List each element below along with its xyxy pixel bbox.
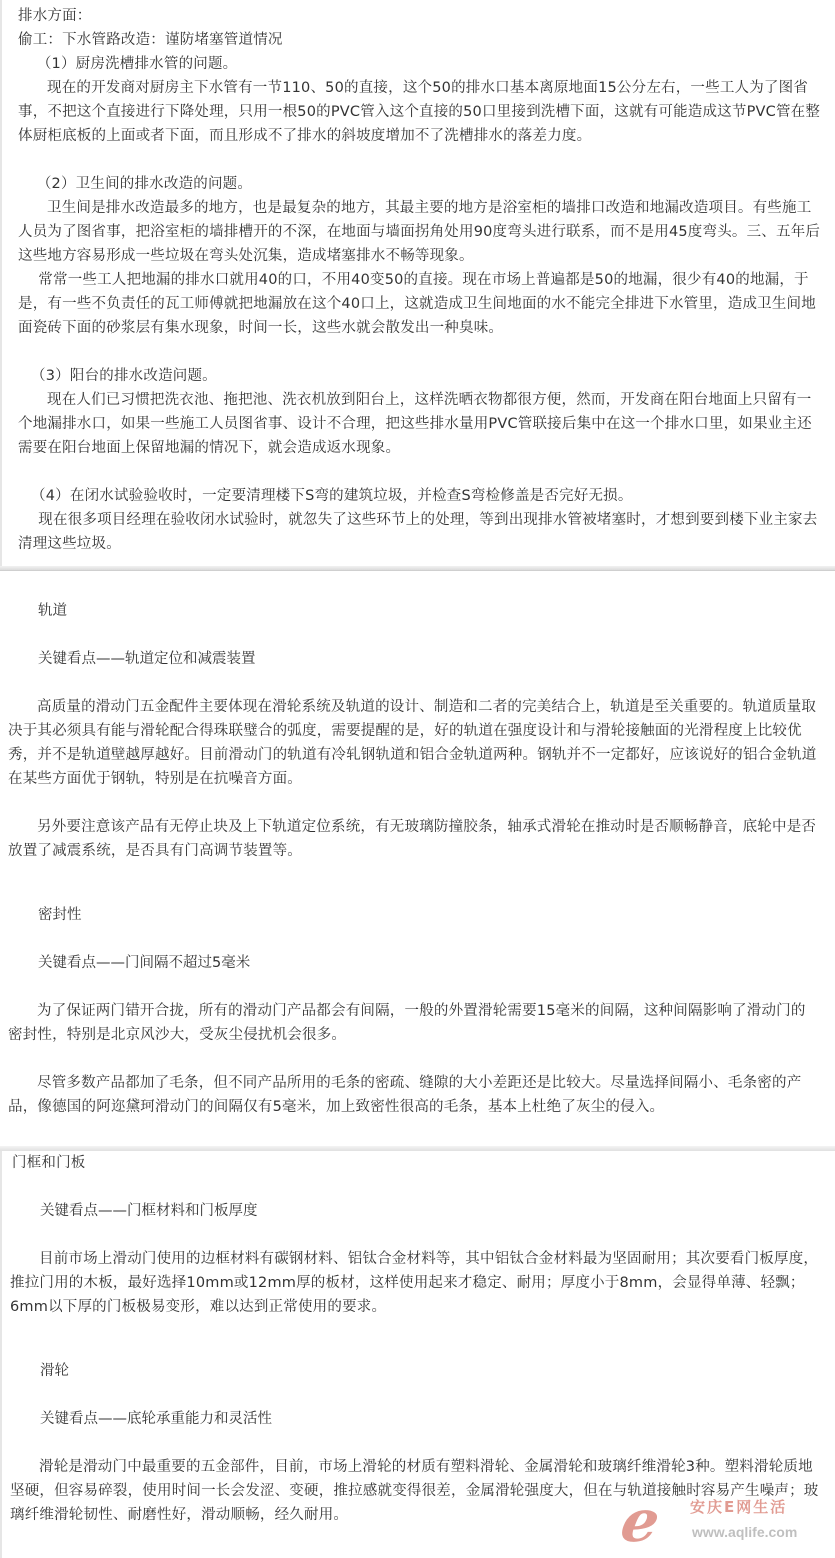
block-title-track: 轨道 [8, 599, 819, 623]
watermark-url: www.aqlife.com [692, 1524, 797, 1540]
item-heading-balcony: （3）阳台的排水改造问题。 [18, 364, 821, 388]
section-title: 排水方面： [18, 4, 821, 28]
paragraph: 另外要注意该产品有无停止块及上下轨道定位系统，有无玻璃防撞胶条，轴承式滑轮在推动… [8, 815, 819, 863]
drainage-section: 排水方面： 偷工：下水管路改造：谨防堵塞管道情况 （1）厨房洗槽排水管的问题。 … [0, 0, 835, 568]
paragraph: 目前市场上滑动门使用的边框材料有碳钢材料、铝钛合金材料等，其中铝钛合金材料最为坚… [10, 1247, 821, 1319]
paragraph: 现在人们已习惯把洗衣池、拖把池、洗衣机放到阳台上，这样洗晒衣物都很方便，然而，开… [18, 388, 821, 460]
watermark-site-name: 安庆E网生活 [690, 1496, 787, 1517]
key-point-seal: 关键看点——门间隔不超过5毫米 [8, 951, 819, 975]
site-watermark: e 安庆E网生活 www.aqlife.com [622, 1492, 827, 1550]
paragraph: 高质量的滑动门五金配件主要体现在滑轮系统及轨道的设计、制造和二者的完美结合上，轨… [8, 695, 819, 791]
paragraph: 为了保证两门错开合拢，所有的滑动门产品都会有间隔，一般的外置滑轮需要15毫米的间… [8, 999, 819, 1047]
watermark-logo-icon: e [617, 1492, 664, 1550]
section-title-frame: 门框和门板 [10, 1151, 821, 1175]
paragraph: 卫生间是排水改造最多的地方，也是最复杂的地方，其最主要的地方是浴室柜的墙排口改造… [18, 196, 821, 268]
paragraph: 现在很多项目经理在验收闭水试验时，就忽失了这些环节上的处理，等到出现排水管被堵塞… [18, 508, 821, 556]
block-title-seal: 密封性 [8, 903, 819, 927]
paragraph: 现在的开发商对厨房主下水管有一节110、50的直接，这个50的排水口基本离原地面… [18, 76, 821, 148]
item-heading-bathroom: （2）卫生间的排水改造的问题。 [18, 172, 821, 196]
block-title-roller: 滑轮 [10, 1359, 821, 1383]
paragraph: 尽管多数产品都加了毛条，但不同产品所用的毛条的密疏、缝隙的大小差距还是比较大。尽… [8, 1071, 819, 1119]
item-heading-kitchen: （1）厨房洗槽排水管的问题。 [18, 52, 821, 76]
key-point-track: 关键看点——轨道定位和减震装置 [8, 647, 819, 671]
frame-and-roller-section: 门框和门板 关键看点——门框材料和门板厚度 目前市场上滑动门使用的边框材料有碳钢… [0, 1151, 835, 1558]
item-heading-water-test: （4）在闭水试验验收时，一定要清理楼下S弯的建筑垃圾，并检查S弯检修盖是否完好无… [18, 484, 821, 508]
paragraph: 常常一些工人把地漏的排水口就用40的口，不用40变50的直接。现在市场上普遍都是… [18, 268, 821, 340]
section-subtitle: 偷工：下水管路改造：谨防堵塞管道情况 [18, 28, 821, 52]
key-point-roller: 关键看点——底轮承重能力和灵活性 [10, 1407, 821, 1431]
key-point-frame: 关键看点——门框材料和门板厚度 [10, 1199, 821, 1223]
track-and-seal-section: 轨道 关键看点——轨道定位和减震装置 高质量的滑动门五金配件主要体现在滑轮系统及… [0, 571, 835, 1126]
